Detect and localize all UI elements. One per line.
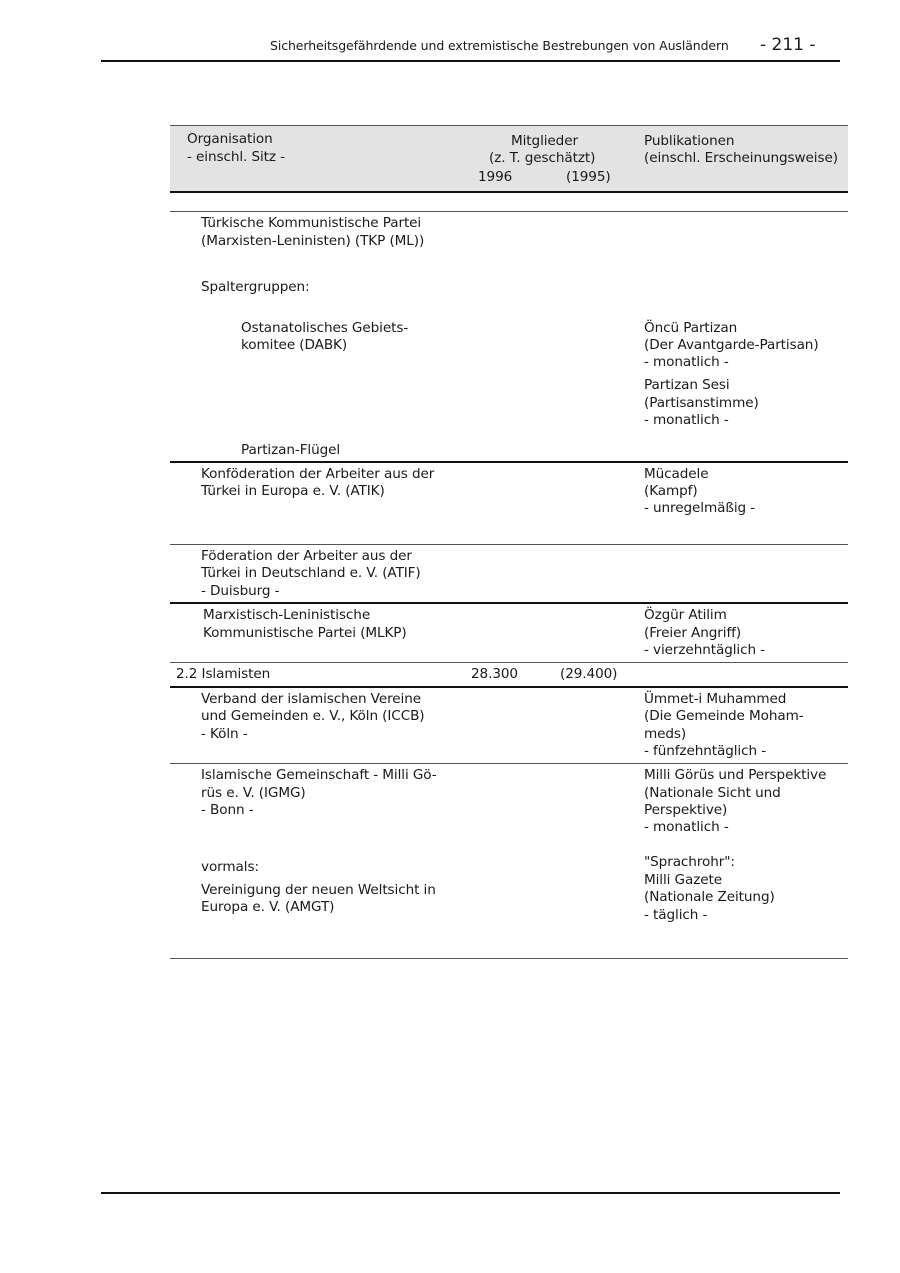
subgroup-name: komitee (DABK): [241, 337, 347, 355]
publication-frequency: - monatlich -: [644, 354, 729, 372]
header-label: Publikationen: [644, 133, 734, 151]
row-rule: [170, 544, 848, 545]
table-top-rule: [170, 125, 848, 126]
organisation-seat: - Bonn -: [201, 802, 254, 820]
publication-title: Mücadele: [644, 466, 708, 484]
organisation-name: und Gemeinden e. V., Köln (ICCB): [201, 708, 425, 726]
header-label: Mitglieder: [511, 133, 578, 151]
publication-label: "Sprachrohr":: [644, 854, 735, 872]
organisation-name: Kommunistische Partei (MLKP): [203, 625, 407, 643]
row-rule: [170, 686, 848, 688]
publication-translation: meds): [644, 726, 686, 744]
row-rule: [170, 602, 848, 604]
organisation-name: Konföderation der Arbeiter aus der: [201, 466, 434, 484]
publication-frequency: - vierzehntäglich -: [644, 642, 765, 660]
publication-title: Özgür Atilim: [644, 607, 727, 625]
organisation-seat: - Duisburg -: [201, 583, 279, 601]
subgroups-heading: Spaltergruppen:: [201, 279, 310, 297]
publication-title: Milli Gazete: [644, 872, 722, 890]
running-header-title: Sicherheitsgefährdende und extremistisch…: [270, 38, 729, 53]
publication-translation: (Kampf): [644, 483, 698, 501]
organisation-name: Verband der islamischen Vereine: [201, 691, 421, 709]
subgroup-name: Ostanatolisches Gebiets-: [241, 320, 408, 338]
organisation-name: Marxistisch-Leninistische: [203, 607, 370, 625]
subgroup-name: Partizan-Flügel: [241, 442, 340, 460]
header-sublabel: - einschl. Sitz -: [187, 149, 285, 167]
publication-frequency: - monatlich -: [644, 412, 729, 430]
header-year-1996: 1996: [478, 169, 512, 187]
organisation-name: Türkische Kommunistische Partei: [201, 215, 421, 233]
publication-translation: (Partisanstimme): [644, 395, 759, 413]
footer-rule: [101, 1192, 840, 1194]
organisation-seat: - Köln -: [201, 726, 248, 744]
table-header-bottom-rule: [170, 191, 848, 193]
former-organisation-name: Europa e. V. (AMGT): [201, 899, 334, 917]
former-organisation-name: Vereinigung der neuen Weltsicht in: [201, 882, 436, 900]
row-rule: [170, 662, 848, 663]
header-rule: [101, 60, 840, 62]
organisation-name: Föderation der Arbeiter aus der: [201, 548, 412, 566]
publication-frequency: - unregelmäßig -: [644, 500, 755, 518]
publication-translation: Perspektive): [644, 802, 727, 820]
header-sublabel: (z. T. geschätzt): [489, 150, 595, 168]
publication-translation: (Nationale Sicht und: [644, 785, 781, 803]
publication-title: Öncü Partizan: [644, 320, 737, 338]
organisation-name: Türkei in Europa e. V. (ATIK): [201, 483, 385, 501]
publication-title: Milli Görüs und Perspektive: [644, 767, 826, 785]
row-rule: [170, 763, 848, 764]
page-number: - 211 -: [760, 35, 816, 55]
organisation-name: Islamische Gemeinschaft - Milli Gö-: [201, 767, 437, 785]
members-1995: (29.400): [560, 666, 617, 684]
table-body-top-rule: [170, 211, 848, 212]
publication-translation: (Nationale Zeitung): [644, 889, 775, 907]
publication-translation: (Der Avantgarde-Partisan): [644, 337, 819, 355]
header-label: Organisation: [187, 131, 273, 149]
organisation-name: rüs e. V. (IGMG): [201, 785, 306, 803]
publication-frequency: - monatlich -: [644, 819, 729, 837]
organisation-name: (Marxisten-Leninisten) (TKP (ML)): [201, 233, 424, 251]
section-title: 2.2 Islamisten: [176, 666, 270, 684]
publication-frequency: - fünfzehntäglich -: [644, 743, 766, 761]
members-1996: 28.300: [471, 666, 518, 684]
publication-title: Partizan Sesi: [644, 377, 730, 395]
header-year-1995: (1995): [566, 169, 611, 187]
organisation-name: Türkei in Deutschland e. V. (ATIF): [201, 565, 421, 583]
publication-title: Ümmet-i Muhammed: [644, 691, 786, 709]
publication-frequency: - täglich -: [644, 907, 707, 925]
former-label: vormals:: [201, 859, 259, 877]
publication-translation: (Die Gemeinde Moham-: [644, 708, 804, 726]
table-bottom-rule: [170, 958, 848, 959]
header-sublabel: (einschl. Erscheinungsweise): [644, 150, 838, 168]
publication-translation: (Freier Angriff): [644, 625, 741, 643]
row-rule: [170, 461, 848, 463]
